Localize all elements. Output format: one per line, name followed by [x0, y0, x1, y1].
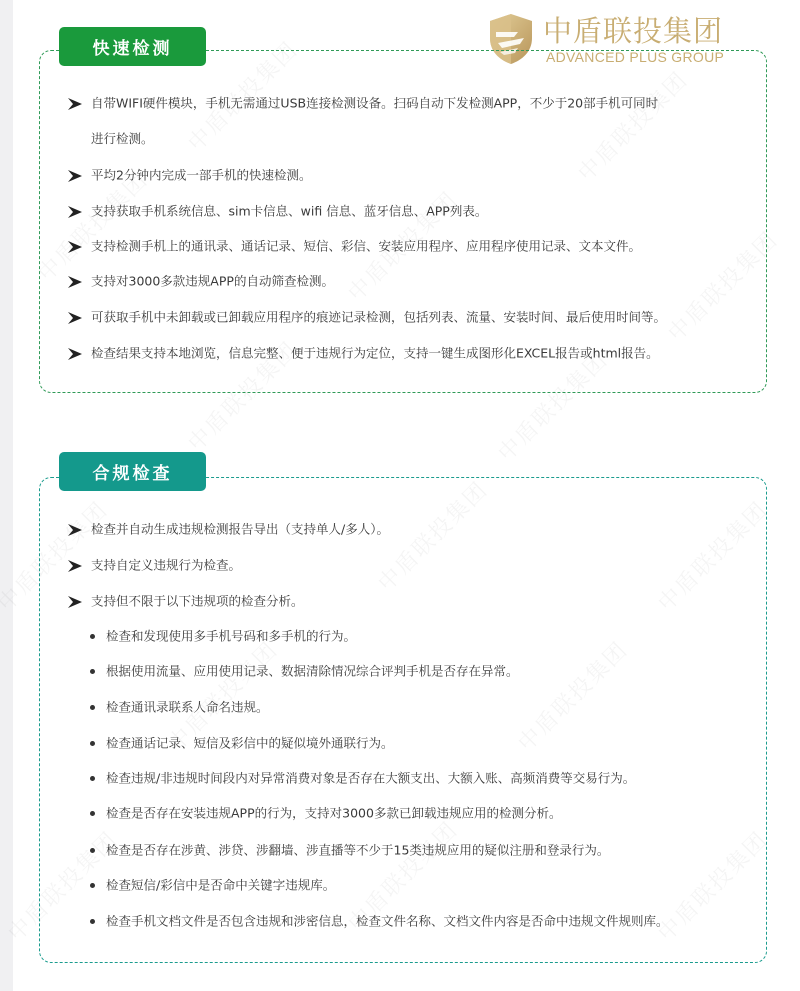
arrowhead-icon: [68, 312, 82, 324]
arrowhead-icon: [68, 98, 82, 110]
dot-icon: [90, 919, 95, 924]
arrowhead-icon: [68, 560, 82, 572]
arrowhead-icon: [68, 206, 82, 218]
arrowhead-icon: [68, 596, 82, 608]
list-item: 检查结果支持本地浏览，信息完整、便于违规行为定位，支持一键生成图形化EXCEL报…: [68, 344, 659, 363]
sub-list-item: 检查通讯录联系人命名违规。: [90, 698, 269, 717]
list-item: 自带WIFI硬件模块，手机无需通过USB连接检测设备。扫码自动下发检测APP，不…: [68, 94, 658, 113]
arrowhead-icon: [68, 348, 82, 360]
arrowhead-icon: [68, 524, 82, 536]
arrowhead-icon: [68, 241, 82, 253]
list-item: 支持但不限于以下违规项的检查分析。: [68, 592, 304, 611]
dot-icon: [90, 705, 95, 710]
sub-list-item: 检查通话记录、短信及彩信中的疑似境外通联行为。: [90, 734, 394, 753]
dot-icon: [90, 883, 95, 888]
logo-name-cn: 中盾联投集团: [543, 14, 723, 48]
section-title-compliance-check: 合规检查: [59, 452, 206, 491]
dot-icon: [90, 848, 95, 853]
list-item: 支持自定义违规行为检查。: [68, 556, 241, 575]
sub-list-item: 根据使用流量、应用使用记录、数据清除情况综合评判手机是否存在异常。: [90, 662, 519, 681]
sub-list-item: 检查手机文档文件是否包含违规和涉密信息，检查文件名称、文档文件内容是否命中违规文…: [90, 912, 669, 931]
list-item: 支持检测手机上的通讯录、通话记录、短信、彩信、安装应用程序、应用程序使用记录、文…: [68, 237, 641, 256]
sub-list-item: 检查和发现使用多手机号码和多手机的行为。: [90, 627, 356, 646]
sub-list-item: 检查是否存在安装违规APP的行为，支持对3000多款已卸载违规应用的检测分析。: [90, 804, 561, 823]
list-item: 平均2分钟内完成一部手机的快速检测。: [68, 166, 311, 185]
arrowhead-icon: [68, 170, 82, 182]
section-title-quick-detection: 快速检测: [59, 27, 206, 66]
dot-icon: [90, 634, 95, 639]
sub-list-item: 检查是否存在涉黄、涉贷、涉翻墙、涉直播等不少于15类违规应用的疑似注册和登录行为…: [90, 841, 609, 860]
sub-list-item: 检查短信/彩信中是否命中关键字违规库。: [90, 876, 335, 895]
list-item-continuation: 进行检测。: [91, 130, 154, 148]
left-margin-strip: [0, 0, 13, 991]
arrowhead-icon: [68, 276, 82, 288]
list-item: 可获取手机中未卸载或已卸载应用程序的痕迹记录检测，包括列表、流量、安装时间、最后…: [68, 308, 666, 327]
list-item: 支持对3000多款违规APP的自动筛查检测。: [68, 272, 334, 291]
dot-icon: [90, 811, 95, 816]
list-item: 支持获取手机系统信息、sim卡信息、wifi 信息、蓝牙信息、APP列表。: [68, 202, 487, 221]
sub-list-item: 检查违规/非违规时间段内对异常消费对象是否存在大额支出、大额入账、高频消费等交易…: [90, 769, 635, 788]
dot-icon: [90, 776, 95, 781]
list-item: 检查并自动生成违规检测报告导出（支持单人/多人）。: [68, 520, 389, 539]
dot-icon: [90, 669, 95, 674]
dot-icon: [90, 741, 95, 746]
